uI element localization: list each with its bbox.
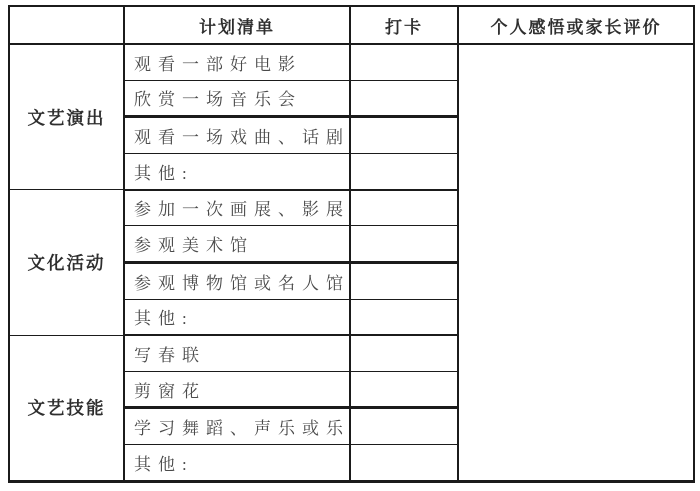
checkin-header: 打卡 xyxy=(350,6,458,44)
checkin-cell xyxy=(350,371,458,408)
checkin-cell xyxy=(350,408,458,445)
checkin-cell xyxy=(350,445,458,482)
checkin-cell xyxy=(350,117,458,154)
evaluation-cell xyxy=(458,44,694,482)
table-row: 文艺演出 观看一部好电影 xyxy=(9,44,694,80)
checkin-cell xyxy=(350,44,458,80)
plan-item-cell: 其他: xyxy=(124,445,350,482)
plan-item-cell: 参观美术馆 xyxy=(124,226,350,263)
plan-item-cell: 学习舞蹈、声乐或乐器 xyxy=(124,408,350,445)
checkin-cell xyxy=(350,299,458,335)
checkin-cell xyxy=(350,335,458,371)
plan-item-cell: 观看一场戏曲、话剧演出 xyxy=(124,117,350,154)
checkin-cell xyxy=(350,154,458,190)
group-cell-culture: 文化活动 xyxy=(9,190,124,336)
plan-item-cell: 剪窗花 xyxy=(124,371,350,408)
plan-item-cell: 其他: xyxy=(124,299,350,335)
checkin-cell xyxy=(350,262,458,299)
checkin-cell xyxy=(350,226,458,263)
plan-item-cell: 写春联 xyxy=(124,335,350,371)
activity-checkin-table: 计划清单 打卡 个人感悟或家长评价 文艺演出 观看一部好电影 欣赏一场音乐会 观… xyxy=(8,5,695,483)
plan-item-cell: 参观博物馆或名人馆 xyxy=(124,262,350,299)
plan-list-header: 计划清单 xyxy=(124,6,350,44)
checkin-cell xyxy=(350,190,458,226)
plan-item-cell: 观看一部好电影 xyxy=(124,44,350,80)
worksheet-page: 计划清单 打卡 个人感悟或家长评价 文艺演出 观看一部好电影 欣赏一场音乐会 观… xyxy=(0,0,700,491)
evaluation-header: 个人感悟或家长评价 xyxy=(458,6,694,44)
plan-item-cell: 参加一次画展、影展活动 xyxy=(124,190,350,226)
corner-header-cell xyxy=(9,6,124,44)
plan-item-cell: 其他: xyxy=(124,154,350,190)
group-cell-skills: 文艺技能 xyxy=(9,335,124,481)
plan-item-cell: 欣赏一场音乐会 xyxy=(124,80,350,117)
checkin-cell xyxy=(350,80,458,117)
group-cell-performance: 文艺演出 xyxy=(9,44,124,190)
header-row: 计划清单 打卡 个人感悟或家长评价 xyxy=(9,6,694,44)
